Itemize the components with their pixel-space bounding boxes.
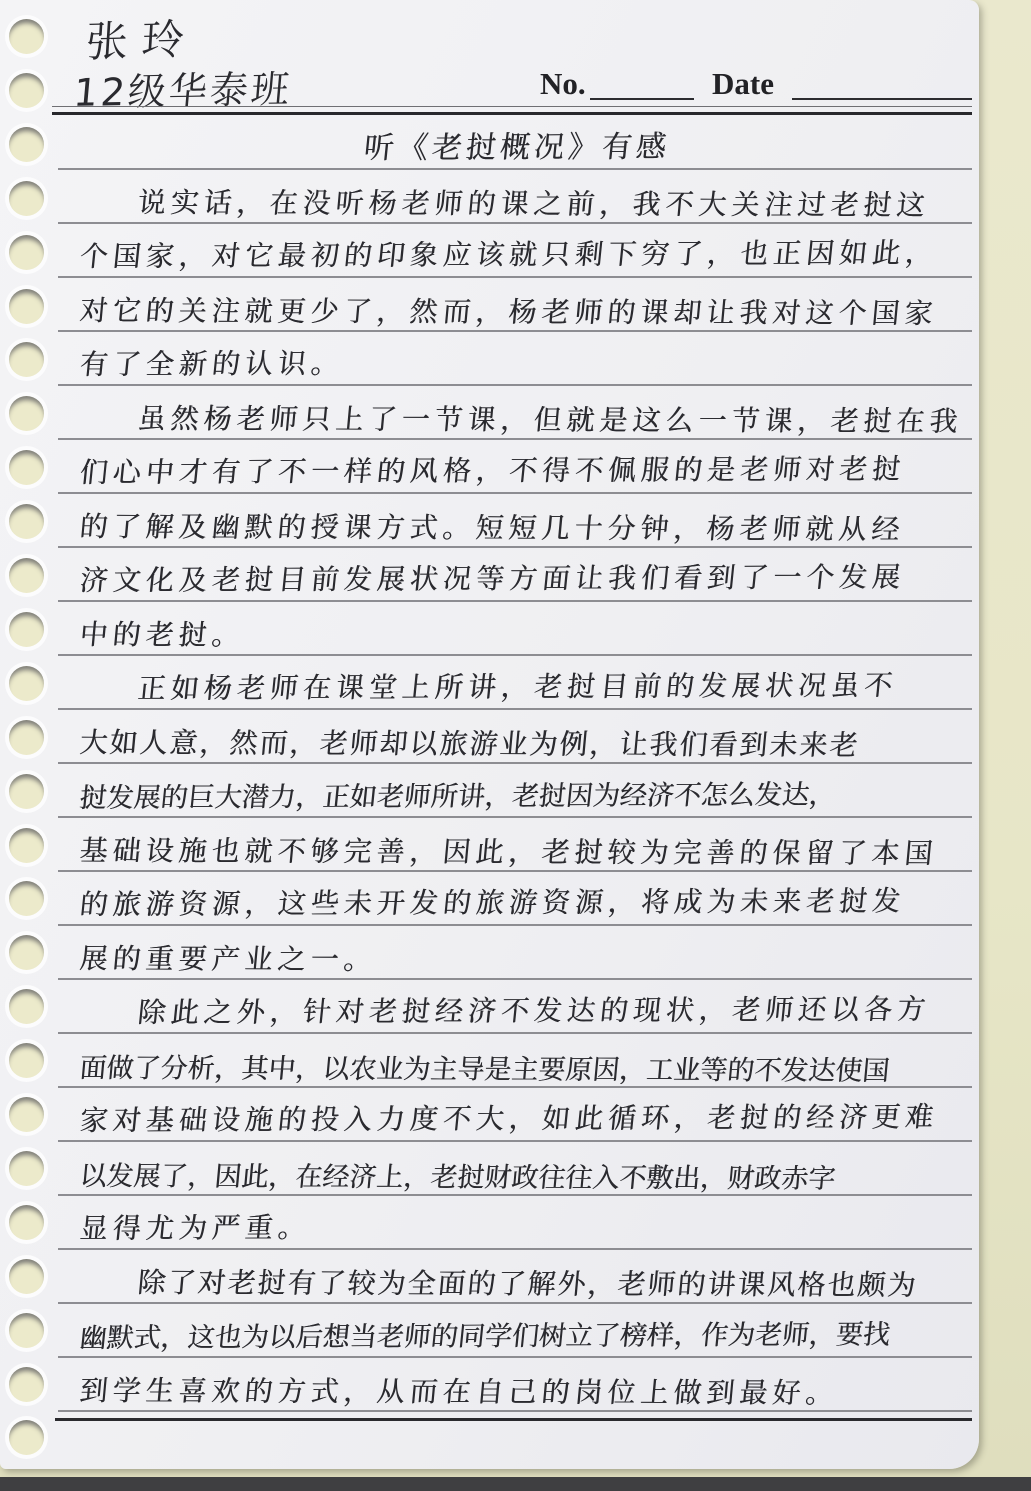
binder-hole (9, 342, 44, 377)
binder-hole (9, 881, 44, 916)
ruled-text-area: 听《老挝概况》有感 说实话，在没听杨老师的课之前，我不大关注过老挝这 个国家，对… (58, 116, 972, 1412)
binder-hole (9, 450, 44, 485)
handwritten-line: 的旅游资源，这些未开发的旅游资源，将成为未来老挝发 (58, 872, 972, 926)
binder-hole (9, 1420, 44, 1455)
handwritten-line: 说实话，在没听杨老师的课之前，我不大关注过老挝这 (58, 170, 972, 224)
binder-hole (9, 1043, 44, 1078)
binder-hole (9, 289, 44, 324)
handwritten-line: 基础设施也就不够完善，因此，老挝较为完善的保留了本国 (58, 818, 972, 872)
binder-hole (9, 504, 44, 539)
notebook-page: 张玲 12级华泰班 No. Date 听《老挝概况》有感 说实话，在没听杨老师的… (0, 0, 979, 1469)
handwritten-line: 有了全新的认识。 (58, 332, 972, 386)
binder-hole (9, 774, 44, 809)
binder-hole (9, 73, 44, 108)
bottom-rule-thick (55, 1418, 972, 1421)
essay-title-line: 听《老挝概况》有感 (58, 116, 972, 170)
binder-hole (9, 989, 44, 1024)
binder-hole (9, 235, 44, 270)
binder-hole (9, 612, 44, 647)
handwritten-line: 个国家，对它最初的印象应该就只剩下穷了，也正因如此， (58, 224, 972, 278)
handwritten-line: 家对基础设施的投入力度不大，如此循环，老挝的经济更难 (58, 1088, 972, 1142)
binder-hole (9, 181, 44, 216)
binder-hole (9, 935, 44, 970)
binder-hole (9, 19, 44, 54)
binder-hole (9, 828, 44, 863)
handwritten-line: 除了对老挝有了较为全面的了解外，老师的讲课风格也颇为 (58, 1250, 972, 1304)
no-blank-line (590, 72, 694, 100)
binder-hole (9, 1151, 44, 1186)
handwritten-line: 大如人意，然而，老师却以旅游业为例，让我们看到未来老 (58, 710, 972, 764)
handwritten-line: 展的重要产业之一。 (58, 926, 972, 980)
handwritten-line: 们心中才有了不一样的风格，不得不佩服的是老师对老挝 (58, 440, 972, 494)
binder-hole (9, 720, 44, 755)
class-name: 12级华泰班 (72, 58, 295, 117)
handwritten-line: 显得尤为严重。 (58, 1196, 972, 1250)
handwritten-line: 幽默式，这也为以后想当老师的同学们树立了榜样，作为老师，要找 (58, 1304, 972, 1358)
handwritten-line: 除此之外，针对老挝经济不发达的现状，老师还以各方 (58, 980, 972, 1034)
handwritten-line: 对它的关注就更少了，然而，杨老师的课却让我对这个国家 (58, 278, 972, 332)
date-blank-line (792, 72, 972, 100)
binder-hole (9, 558, 44, 593)
essay-title: 听《老挝概况》有感 (362, 122, 673, 167)
handwritten-line: 以发展了，因此，在经济上，老挝财政往往入不敷出，财政赤字 (58, 1142, 972, 1196)
handwritten-line: 的了解及幽默的授课方式。短短几十分钟，杨老师就从经 (58, 494, 972, 548)
handwritten-line: 正如杨老师在课堂上所讲，老挝目前的发展状况虽不 (58, 656, 972, 710)
no-label: No. (540, 66, 586, 102)
binder-hole (9, 1097, 44, 1132)
binder-hole (9, 127, 44, 162)
handwritten-line: 济文化及老挝目前发展状况等方面让我们看到了一个发展 (58, 548, 972, 602)
handwritten-line: 虽然杨老师只上了一节课，但就是这么一节课，老挝在我 (58, 386, 972, 440)
binder-hole (9, 1367, 44, 1402)
header-rule-thin (52, 106, 972, 107)
header-rule-thick (52, 112, 972, 115)
handwritten-line: 面做了分析，其中，以农业为主导是主要原因，工业等的不发达使国 (58, 1034, 972, 1088)
handwritten-line: 挝发展的巨大潜力，正如老师所讲，老挝因为经济不怎么发达， (58, 764, 972, 818)
date-label: Date (712, 66, 774, 102)
binder-hole (9, 396, 44, 431)
handwritten-line: 到学生喜欢的方式，从而在自己的岗位上做到最好。 (58, 1358, 972, 1412)
binder-hole (9, 1205, 44, 1240)
handwritten-line: 中的老挝。 (58, 602, 972, 656)
binder-hole (9, 1313, 44, 1348)
binder-hole (9, 1259, 44, 1294)
binder-hole (9, 666, 44, 701)
